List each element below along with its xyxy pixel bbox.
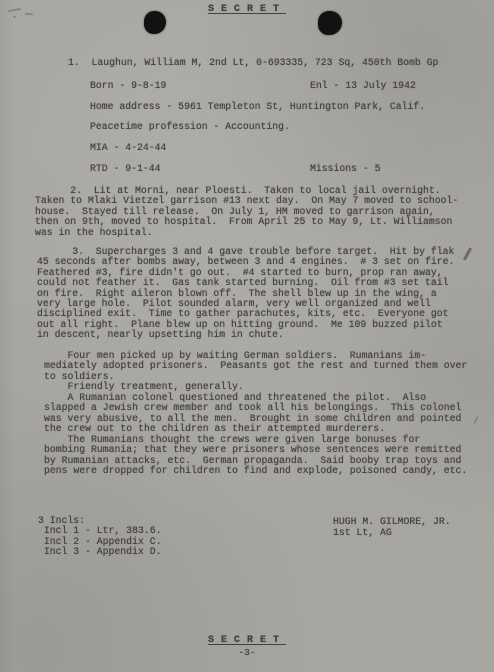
classification-banner-bottom: SECRET bbox=[0, 635, 494, 646]
ink-smudge bbox=[463, 247, 472, 261]
born-field: Born - 9-8-19 bbox=[90, 81, 166, 91]
document-line: pens were dropped for children to find a… bbox=[44, 466, 467, 476]
paragraph-shootdown: 3. Supercharges 3 and 4 gave trouble bef… bbox=[37, 247, 454, 341]
document-line: bombing Rumania; that they were prisoner… bbox=[44, 445, 467, 455]
enlisted-field: Enl - 13 July 1942 bbox=[310, 81, 416, 91]
signature-name: HUGH M. GILMORE, JR. bbox=[333, 517, 451, 527]
ink-smudge bbox=[473, 416, 478, 424]
home-address-field: Home address - 5961 Templeton St, Huntin… bbox=[90, 102, 425, 112]
classification-banner-top: SECRET bbox=[0, 4, 494, 15]
paragraph-capture: 2. Lit at Morni, near Ploesti. Taken to … bbox=[35, 186, 458, 238]
scanned-document-page: SECRET 1. Laughun, William M, 2nd Lt, 0-… bbox=[0, 0, 494, 672]
pencil-mark bbox=[13, 16, 16, 18]
document-line: was in the hospital. bbox=[35, 228, 458, 238]
page-number: -3- bbox=[0, 647, 494, 658]
mia-field: MIA - 4-24-44 bbox=[90, 143, 166, 153]
signature-title: 1st Lt, AG bbox=[333, 528, 392, 538]
inclosure-line: Incl 3 - Appendix D. bbox=[38, 547, 161, 557]
profession-field: Peacetime profession - Accounting. bbox=[90, 122, 290, 132]
subject-identification-line: 1. Laughun, William M, 2nd Lt, 0-693335,… bbox=[68, 58, 438, 68]
paragraph-treatment: Four men picked up by waiting German sol… bbox=[44, 351, 467, 476]
rtd-field: RTD - 9-1-44 bbox=[90, 164, 161, 174]
missions-field: Missions - 5 bbox=[310, 164, 381, 174]
document-line: in descent, nearly upsetting him in chut… bbox=[37, 330, 454, 340]
hole-punch-icon bbox=[318, 11, 342, 35]
hole-punch-icon bbox=[144, 11, 166, 34]
inclosures-list: 3 Incls: Incl 1 - Ltr, 383.6. Incl 2 - A… bbox=[38, 516, 161, 558]
